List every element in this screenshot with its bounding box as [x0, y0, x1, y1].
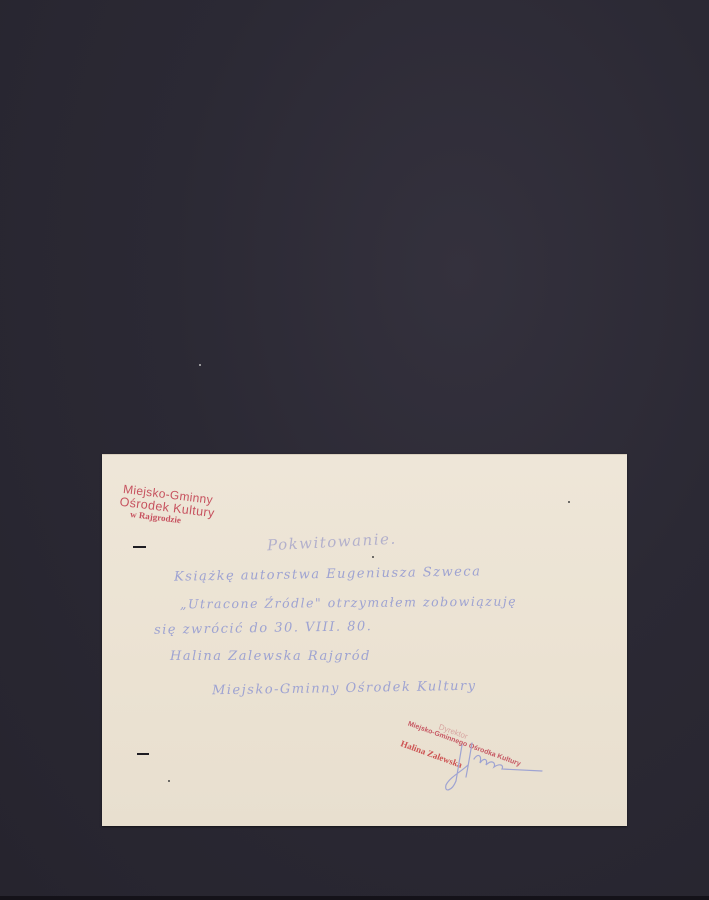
note-line-1: Książkę autorstwa Eugeniusza Szweca: [174, 564, 482, 584]
note-line-5: Miejsko-Gminny Ośrodek Kultury: [212, 679, 477, 699]
note-line-3: się zwrócić do 30. VIII. 80.: [154, 619, 373, 638]
note-line-2: „Utracone Źródle" otrzymałem zobowiązuję: [180, 594, 517, 612]
organization-stamp: Miejsko-Gminny Ośrodek Kultury w Rajgrod…: [120, 483, 217, 529]
scan-bottom-edge: [0, 896, 709, 900]
note-line-4: Halina Zalewska Rajgród: [170, 649, 371, 664]
scan-mark: [137, 753, 149, 755]
paper-speck: [568, 501, 570, 503]
paper-speck: [372, 556, 374, 558]
paper-speck: [168, 780, 170, 782]
note-title: Pokwitowanie.: [267, 530, 397, 555]
scan-mark: [133, 546, 146, 548]
signature-icon: [442, 737, 552, 797]
document-card: Miejsko-Gminny Ośrodek Kultury w Rajgrod…: [102, 454, 627, 826]
background-speck: [199, 364, 201, 366]
